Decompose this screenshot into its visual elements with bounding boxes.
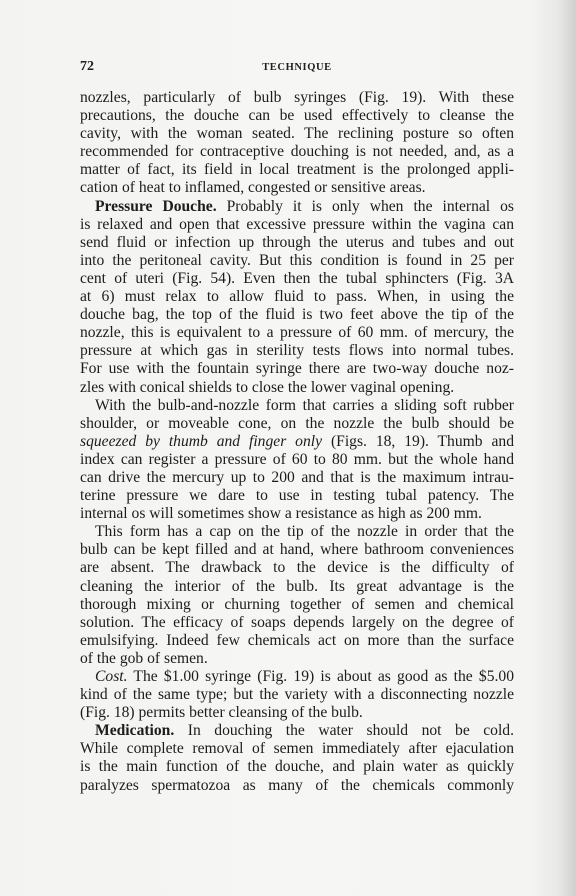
text-line: squeezed by thumb and finger only (Figs.… bbox=[80, 433, 514, 451]
paragraph-cost: Cost. The $1.00 syringe (Fig. 19) is abo… bbox=[80, 668, 514, 722]
text-line: into the peritoneal cavity. But this con… bbox=[80, 252, 514, 270]
paragraph-continuation: nozzles, particularly of bulb syringes (… bbox=[80, 89, 514, 198]
paragraph-bulb-and-nozzle: With the bulb-and-nozzle form that carri… bbox=[80, 397, 514, 524]
text-line: emulsifying. Indeed few chemicals act on… bbox=[80, 632, 514, 650]
text-line: Cost. The $1.00 syringe (Fig. 19) is abo… bbox=[80, 668, 514, 686]
text-line: send fluid or infection up through the u… bbox=[80, 234, 514, 252]
text-fragment: In douching the water should not be cold… bbox=[174, 722, 514, 739]
text-line: can drive the mercury up to 200 and that… bbox=[80, 469, 514, 487]
text-line: precautions, the douche can be used effe… bbox=[80, 107, 514, 125]
text-line: paralyzes spermatozoa as many of the che… bbox=[80, 777, 514, 795]
text-line: cent of uteri (Fig. 54). Even then the t… bbox=[80, 270, 514, 288]
text-line: This form has a cap on the tip of the no… bbox=[80, 523, 514, 541]
text-line: terine pressure we dare to use in testin… bbox=[80, 487, 514, 505]
paragraph-cap-form: This form has a cap on the tip of the no… bbox=[80, 523, 514, 668]
body-text: nozzles, particularly of bulb syringes (… bbox=[80, 89, 514, 795]
text-line: cleaning the interior of the bulb. Its g… bbox=[80, 578, 514, 596]
text-line: of the gob of semen. bbox=[80, 650, 514, 668]
text-line: nozzles, particularly of bulb syringes (… bbox=[80, 89, 514, 107]
text-line: bulb can be kept filled and at hand, whe… bbox=[80, 541, 514, 559]
section-heading-cost: Cost. bbox=[95, 668, 128, 685]
text-line: Pressure Douche. Probably it is only whe… bbox=[80, 198, 514, 216]
text-line: recommended for contraceptive douching i… bbox=[80, 143, 514, 161]
text-line: douche bag, the top of the fluid is two … bbox=[80, 306, 514, 324]
section-heading-pressure-douche: Pressure Douche. bbox=[95, 198, 217, 215]
text-line: nozzle, this is equivalent to a pressure… bbox=[80, 324, 514, 342]
text-fragment: Probably it is only when the internal os bbox=[217, 198, 514, 215]
text-line: With the bulb-and-nozzle form that carri… bbox=[80, 397, 514, 415]
text-fragment: The $1.00 syringe (Fig. 19) is about as … bbox=[128, 668, 515, 685]
text-line: shoulder, or moveable cone, on the nozzl… bbox=[80, 415, 514, 433]
paragraph-medication: Medication. In douching the water should… bbox=[80, 722, 514, 794]
section-heading-medication: Medication. bbox=[95, 722, 174, 739]
text-line: internal os will sometimes show a resist… bbox=[80, 505, 514, 523]
text-line: While complete removal of semen immediat… bbox=[80, 740, 514, 758]
text-line: Medication. In douching the water should… bbox=[80, 722, 514, 740]
emphasis-text: squeezed by thumb and finger only bbox=[80, 433, 322, 450]
text-line: cavity, with the woman seated. The recli… bbox=[80, 125, 514, 143]
text-line: For use with the fountain syringe there … bbox=[80, 360, 514, 378]
text-line: (Fig. 18) permits better cleansing of th… bbox=[80, 704, 514, 722]
text-fragment: (Figs. 18, 19). Thumb and bbox=[331, 433, 514, 450]
page-header: 72 TECHNIQUE bbox=[80, 59, 514, 75]
text-line: thorough mixing or churning together of … bbox=[80, 596, 514, 614]
running-head: TECHNIQUE bbox=[80, 60, 514, 76]
text-line: cation of heat to inflamed, congested or… bbox=[80, 179, 514, 197]
text-line: matter of fact, its field in local treat… bbox=[80, 161, 514, 179]
text-line: at 6) must relax to allow fluid to pass.… bbox=[80, 288, 514, 306]
text-line: zles with conical shields to close the l… bbox=[80, 379, 514, 397]
text-line: kind of the same type; but the variety w… bbox=[80, 686, 514, 704]
text-line: is the main function of the douche, and … bbox=[80, 758, 514, 776]
text-line: index can register a pressure of 60 to 8… bbox=[80, 451, 514, 469]
text-line: solution. The efficacy of soaps depends … bbox=[80, 614, 514, 632]
text-line: pressure at which gas in sterility tests… bbox=[80, 342, 514, 360]
paragraph-pressure-douche: Pressure Douche. Probably it is only whe… bbox=[80, 198, 514, 397]
book-page: 72 TECHNIQUE nozzles, particularly of bu… bbox=[0, 0, 576, 896]
text-line: is relaxed and open that excessive press… bbox=[80, 216, 514, 234]
text-line: are absent. The drawback to the device i… bbox=[80, 559, 514, 577]
